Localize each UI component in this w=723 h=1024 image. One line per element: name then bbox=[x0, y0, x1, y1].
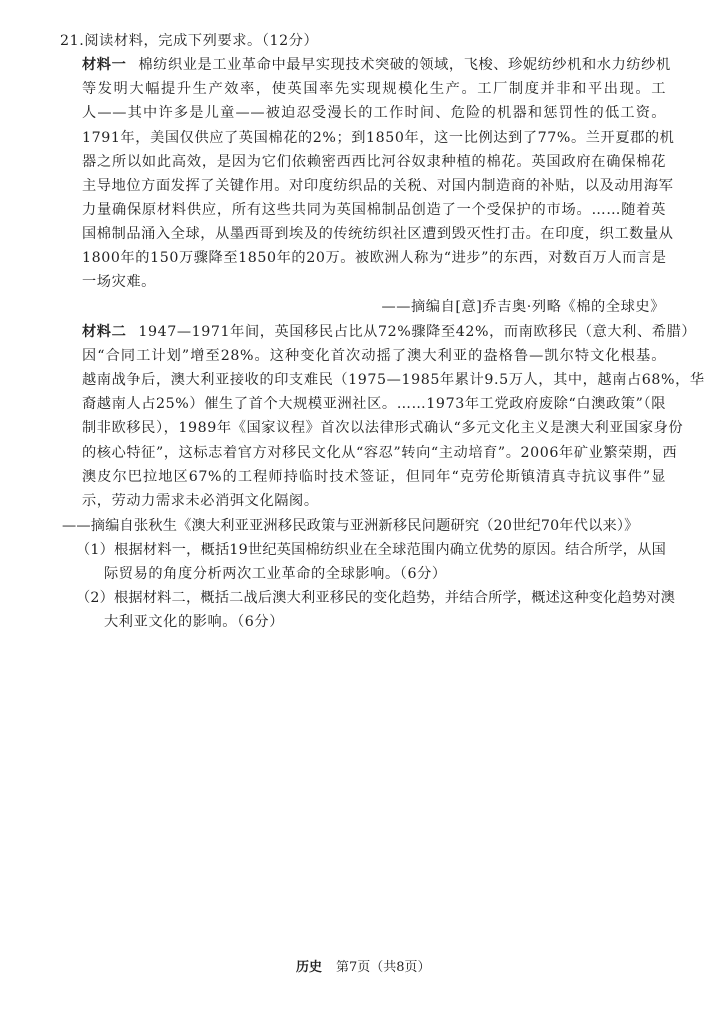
material2-source: ——摘编自张秋生《澳大利亚亚洲移民政策与亚洲新移民问题研究（20世纪70年代以来… bbox=[62, 516, 639, 536]
material1-line: 器之所以如此高效，是因为它们依赖密西西比河谷奴隶种植的棉花。英国政府在确保棉花 bbox=[82, 152, 666, 172]
material1-line: 力量确保原材料供应，所有这些共同为英国棉制品创造了一个受保护的市场。……随着英 bbox=[82, 200, 666, 220]
page-footer: 历史第7页（共8页） bbox=[296, 956, 431, 975]
material1-line: 一场灾难。 bbox=[82, 272, 156, 292]
material1-line: 1800年的150万骤降至1850年的20万。被欧洲人称为“进步”的东西，对数百… bbox=[82, 248, 666, 268]
material1-line: 主导地位方面发挥了关键作用。对印度纺织品的关税、对国内制造商的补贴，以及动用海军 bbox=[82, 176, 666, 196]
material2-line: 裔越南人占25%）催生了首个大规模亚洲社区。……1973年工党政府废除“白澳政策… bbox=[82, 394, 666, 414]
material1-label: 材料一 bbox=[82, 57, 126, 73]
question-header: 21.阅读材料，完成下列要求。（12分） bbox=[60, 31, 318, 51]
material2-line: 的核心特征”，这标志着官方对移民文化从“容忍”转向“主动培育”。2006年矿业繁… bbox=[82, 443, 666, 463]
task-2-line: （2）根据材料二，概括二战后澳大利亚移民的变化趋势，并结合所学，概述这种变化趋势… bbox=[76, 588, 666, 608]
footer-page-number: 第7页（共8页） bbox=[336, 960, 431, 975]
material1-line: 1791年，美国仅供应了英国棉花的2%；到1850年，这一比例达到了77%。兰开… bbox=[82, 128, 666, 148]
task-1-line: 际贸易的角度分析两次工业革命的全球影响。（6分） bbox=[104, 564, 447, 584]
material2-line: 制非欧移民），1989年《国家议程》首次以法律形式确认“多元文化主义是澳大利亚国… bbox=[82, 418, 666, 438]
task-2-line: 大利亚文化的影响。（6分） bbox=[104, 612, 284, 632]
material1-line: 人——其中许多是儿童——被迫忍受漫长的工作时间、危险的机器和惩罚性的低工资。 bbox=[82, 103, 666, 123]
footer-subject: 历史 bbox=[296, 960, 322, 975]
material2-line: 澳皮尔巴拉地区67%的工程师持临时技术签证，但同年“克劳伦斯镇清真寺抗议事件”显 bbox=[82, 467, 666, 487]
material2-line: 越南战争后，澳大利亚接收的印支难民（1975—1985年累计9.5万人，其中，越… bbox=[82, 370, 666, 390]
task-1-line: （1）根据材料一，概括19世纪英国棉纺织业在全球范围内确立优势的原因。结合所学，… bbox=[76, 540, 666, 560]
material2-label: 材料二 bbox=[82, 324, 126, 340]
material1-line: 等发明大幅提升生产效率，使英国率先实现规模化生产。工厂制度并非和平出现。工 bbox=[82, 79, 666, 99]
material1-line: 国棉制品涌入全球，从墨西哥到埃及的传统纺织社区遭到毁灭性打击。在印度，织工数量从 bbox=[82, 224, 666, 244]
material2-line: 因“合同工计划”增至28%。这种变化首次动摇了澳大利亚的盎格鲁—凯尔特文化根基。 bbox=[82, 346, 666, 366]
material2-line: 示，劳动力需求未必消弭文化隔阂。 bbox=[82, 491, 319, 511]
material1-line: 材料一棉纺织业是工业革命中最早实现技术突破的领域，飞梭、珍妮纺纱机和水力纺纱机 bbox=[82, 55, 666, 75]
material2-line: 材料二1947—1971年间，英国移民占比从72%骤降至42%，而南欧移民（意大… bbox=[82, 322, 666, 342]
material1-source: ——摘编自[意]乔吉奥·列略《棉的全球史》 bbox=[381, 297, 665, 317]
